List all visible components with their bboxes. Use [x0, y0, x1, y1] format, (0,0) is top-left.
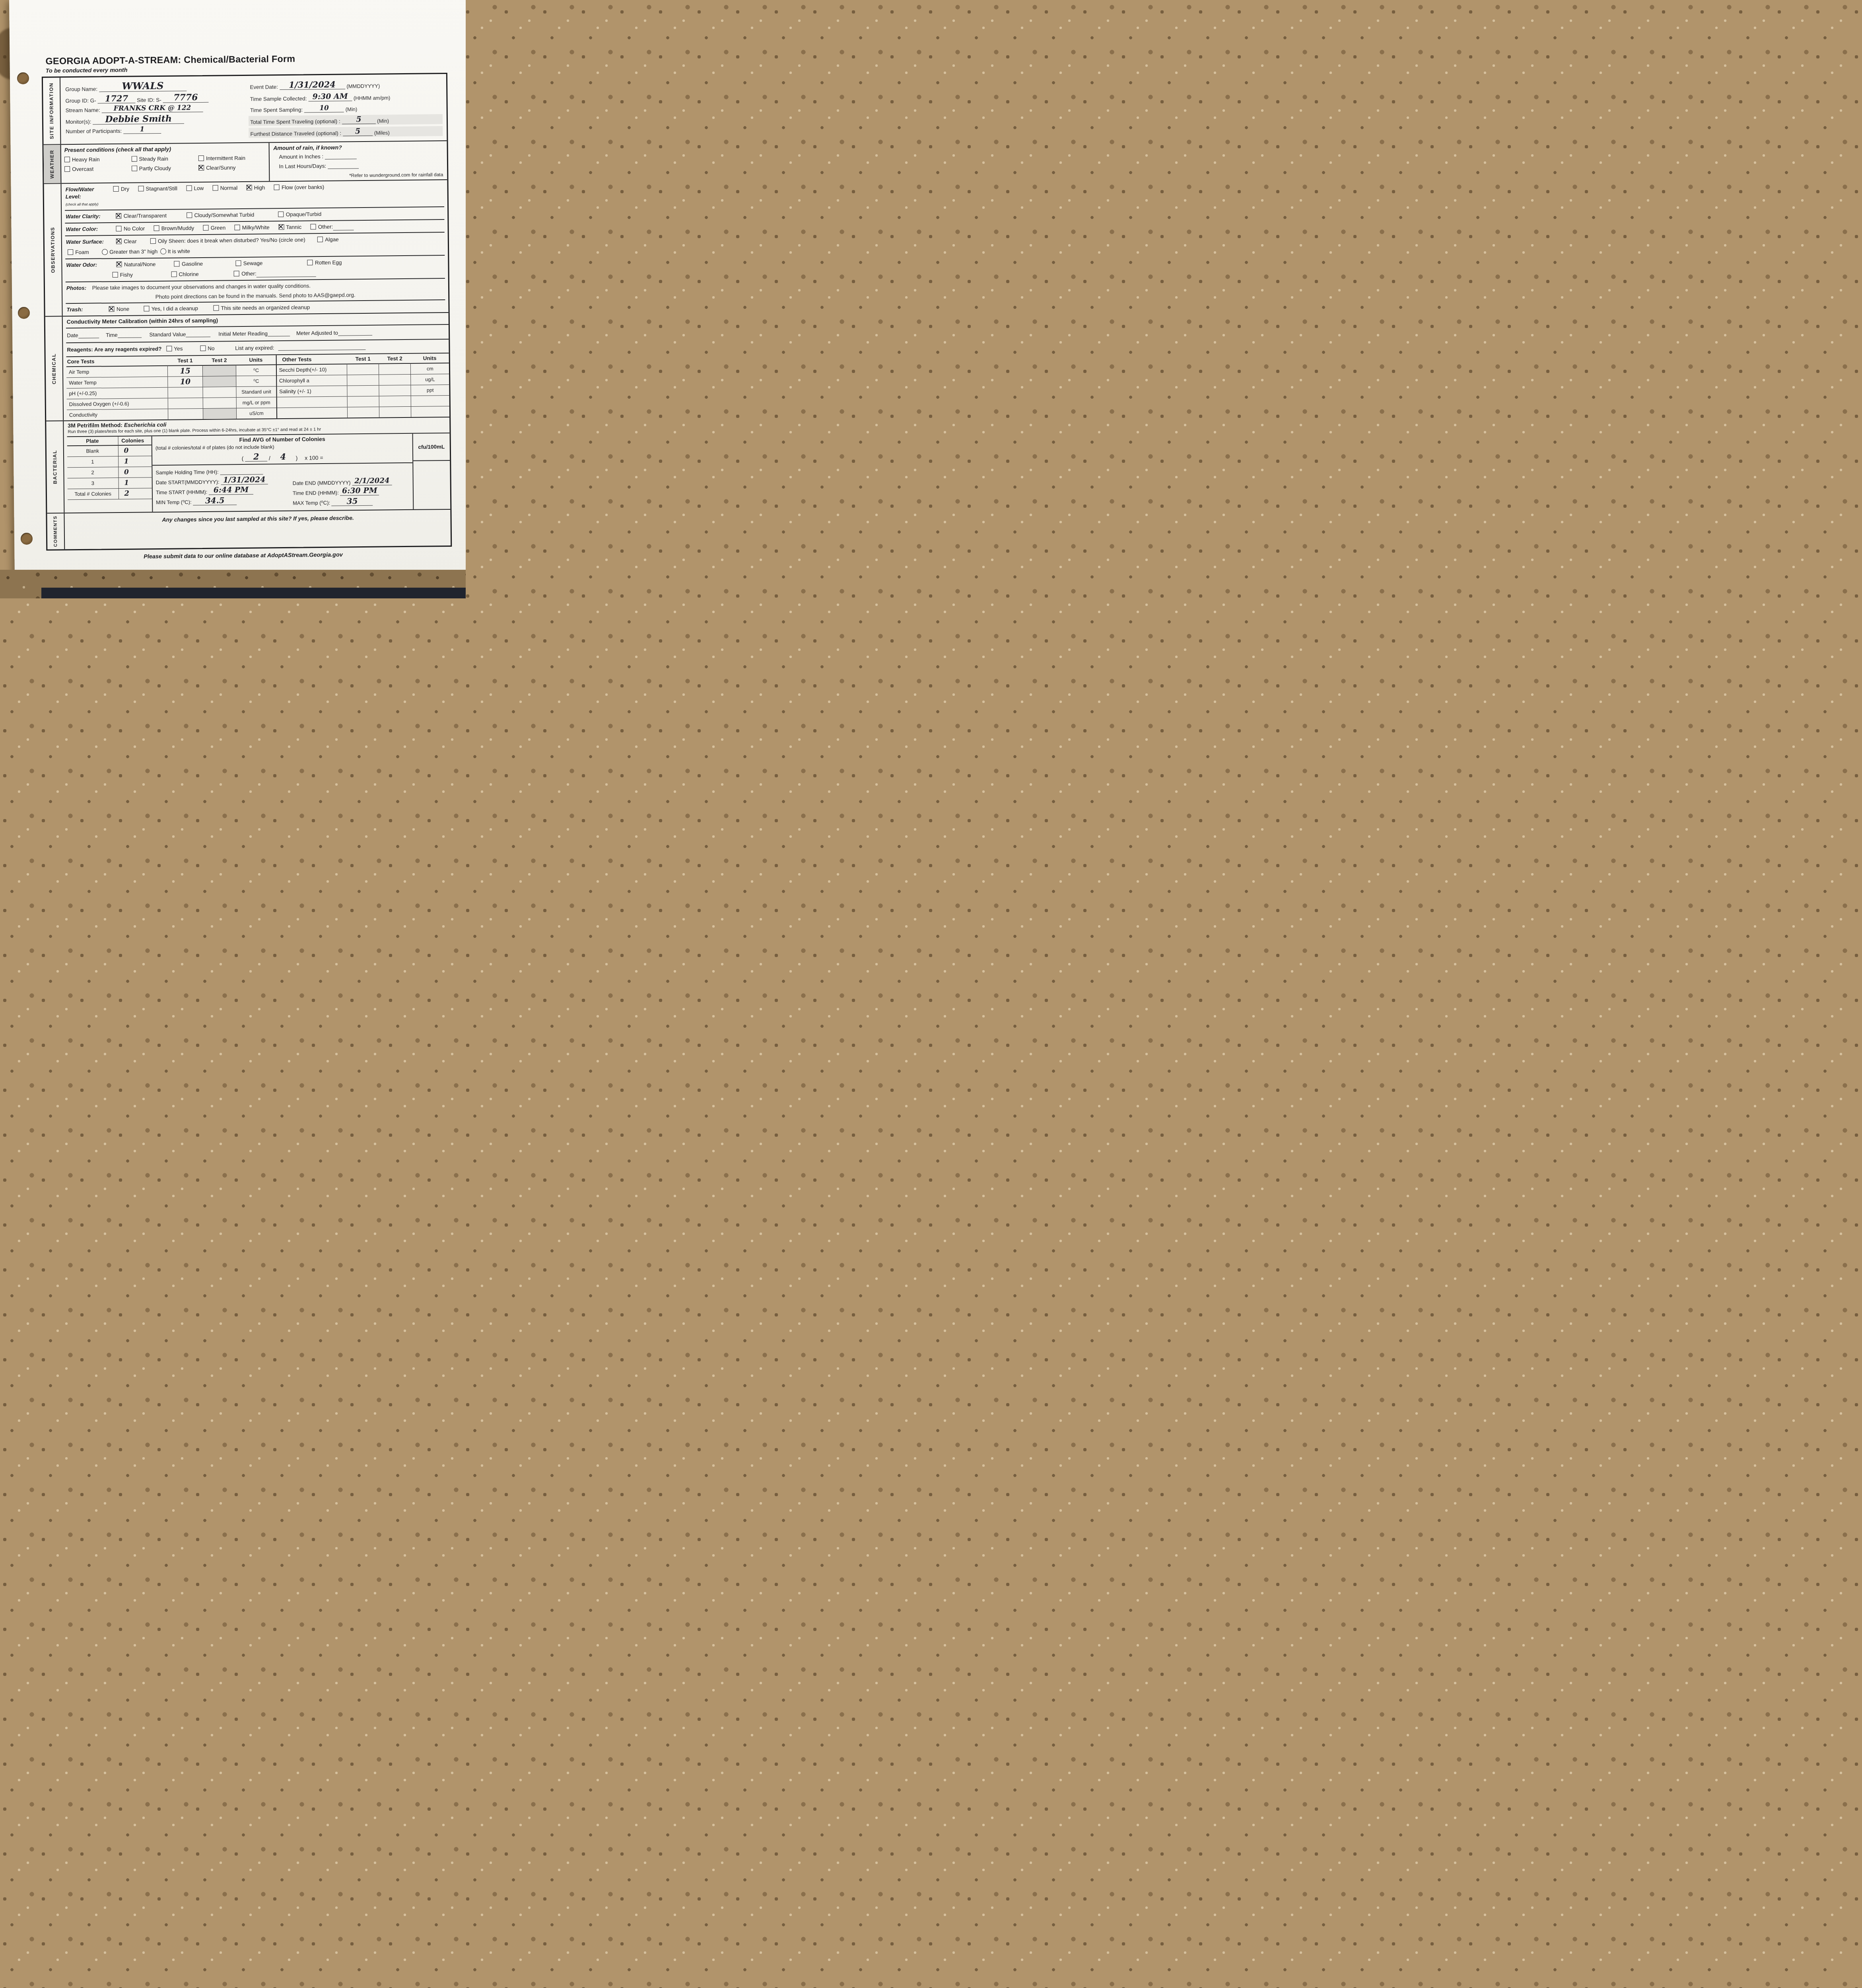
option-fishy[interactable]: Fishy [113, 272, 133, 278]
photos-text2: Photo point directions can be found in t… [66, 291, 444, 301]
milky-white-checkbox[interactable] [235, 225, 240, 230]
group-id-field[interactable]: 1727 [97, 94, 135, 104]
option-surface-clear[interactable]: Clear [116, 239, 136, 245]
time-collected-format: (HHMM am/pm) [354, 95, 391, 101]
holding-time-label: Sample Holding Time (HH): [155, 469, 218, 476]
trash-organized-checkbox[interactable] [213, 305, 219, 311]
time-collected-field[interactable]: 9:30 AM [308, 93, 352, 101]
max-temp-label: MAX Temp (⁰C): [293, 500, 330, 506]
option-flow-over-banks[interactable]: Flow (over banks) [274, 184, 324, 190]
last-hours-row: In Last Hours/Days: [279, 162, 443, 169]
high-checkbox[interactable] [247, 185, 252, 190]
ph-test2[interactable] [203, 386, 236, 398]
time-traveling-label: Total Time Spent Traveling (optional) : [250, 118, 340, 125]
option-sewage[interactable]: Sewage [236, 260, 263, 266]
plate1-colonies[interactable]: 1 [118, 456, 152, 467]
group-name-row: Group Name: WWALS [65, 80, 248, 92]
foam-white-option[interactable]: It is white [160, 248, 190, 254]
flow-water-level-row: Flow/Water Level: (check all that apply)… [64, 180, 444, 210]
section-observations: OBSERVATIONS Flow/Water Level: (check al… [44, 179, 448, 316]
date-end-field[interactable]: 2/1/2024 [352, 477, 392, 485]
event-date-field[interactable]: 1/31/2024 [280, 80, 345, 90]
reagents-yes-checkbox[interactable] [166, 346, 172, 351]
option-stagnant[interactable]: Stagnant/Still [138, 186, 177, 192]
option-clear-sunny[interactable]: Clear/Sunny [198, 165, 259, 171]
plate3-colonies[interactable]: 1 [119, 477, 152, 488]
photos-label: Photos: [66, 285, 86, 291]
wunderground-note: *Refer to wunderground.com for rainfall … [274, 172, 443, 179]
amount-inches-field[interactable] [325, 154, 357, 159]
core-header: Core Tests [66, 356, 168, 367]
air-temp-test1[interactable]: 15 [168, 365, 203, 377]
stream-name-label: Stream Name: [66, 107, 100, 113]
gasoline-checkbox[interactable] [174, 261, 180, 266]
participants-field[interactable]: 1 [123, 126, 161, 134]
surface-label: Water Surface: [66, 239, 111, 245]
avg-colonies-box: Find AVG of Number of Colonies (total # … [152, 434, 413, 466]
rain-amount-title: Amount of rain, if known? [273, 143, 443, 151]
comments-write-area[interactable] [70, 520, 447, 547]
section-weather: WEATHER Present conditions (check all th… [44, 140, 447, 183]
color-other-field[interactable] [333, 225, 354, 230]
salinity-test1[interactable] [347, 385, 379, 396]
min-temp-label: MIN Temp (⁰C): [156, 499, 192, 505]
option-odor-other[interactable]: Other: [234, 270, 316, 277]
flow-label: Flow/Water Level: [66, 186, 94, 200]
time-traveling-field[interactable]: 5 [342, 116, 375, 124]
normal-checkbox[interactable] [213, 185, 218, 191]
option-trash-none[interactable]: None [109, 306, 129, 312]
event-date-format: (MMDDYYYY) [346, 83, 380, 89]
option-cloudy-turbid[interactable]: Cloudy/Somewhat Turbid [187, 212, 254, 219]
chemical-side-label: CHEMICAL [45, 316, 64, 420]
option-dry[interactable]: Dry [113, 186, 129, 192]
fishy-checkbox[interactable] [113, 272, 118, 278]
option-tannic[interactable]: Tannic [278, 224, 301, 231]
footer-note: Please submit data to our online databas… [31, 551, 455, 561]
countertop-shadow-bar [41, 588, 466, 598]
section-chemical: CHEMICAL Conductivity Meter Calibration … [45, 312, 449, 421]
site-id-label: Site ID: S- [137, 97, 161, 103]
option-trash-organized[interactable]: This site needs an organized cleanup [213, 304, 310, 311]
time-sampling-field[interactable]: 10 [304, 105, 344, 113]
bacterial-side-label: BACTERIAL [46, 421, 64, 513]
flow-sublabel: (check all that apply) [66, 202, 99, 206]
option-algae[interactable]: Algae [317, 237, 339, 243]
table-row: Conductivity uS/cm [67, 408, 276, 420]
steady-rain-checkbox[interactable] [131, 156, 137, 161]
calib-date-field[interactable] [78, 333, 99, 338]
date-start-field[interactable]: 1/31/2024 [221, 476, 268, 485]
weather-side-label: WEATHER [44, 145, 62, 183]
trash-label: Trash: [66, 306, 103, 313]
sewage-checkbox[interactable] [236, 260, 241, 266]
last-hours-field[interactable] [328, 163, 359, 169]
calib-standard-label: Standard Value [149, 331, 186, 338]
trash-cleanup-checkbox[interactable] [144, 306, 150, 311]
option-partly-cloudy[interactable]: Partly Cloudy [132, 165, 192, 171]
holding-time-row: Sample Holding Time (HH): [155, 468, 290, 476]
chlorophyll-test1[interactable] [347, 375, 379, 386]
plate2-colonies[interactable]: 0 [118, 466, 152, 478]
option-trash-cleanup[interactable]: Yes, I did a cleanup [144, 305, 198, 312]
conductivity-test1[interactable] [168, 408, 203, 419]
clear-sunny-checkbox[interactable] [198, 165, 204, 171]
water-temp-test1[interactable]: 10 [168, 376, 203, 387]
option-natural-none[interactable]: Natural/None [117, 261, 156, 268]
min-temp-row: MIN Temp (⁰C): 34.5 [156, 496, 290, 506]
odor-other-field[interactable] [257, 272, 316, 277]
rotten-egg-checkbox[interactable] [307, 260, 313, 265]
distance-traveled-field[interactable]: 5 [343, 128, 373, 136]
core-tests-table: Core Tests Test 1 Test 2 Units Air Temp … [66, 355, 276, 420]
hole-punch [18, 307, 30, 319]
distance-traveled-label: Furthest Distance Traveled (optional) : [250, 130, 341, 137]
section-bacterial: BACTERIAL 3M Petrifilm Method: Escherich… [46, 417, 450, 513]
monitors-field[interactable]: Debbie Smith [93, 114, 184, 124]
stream-name-row: Stream Name: FRANKS CRK @ 122 [66, 104, 249, 113]
site-information-side-label: SITE INFORMATION [43, 78, 61, 144]
secchi-test2[interactable] [379, 363, 411, 375]
time-end-row: Time END (HHMM): 6:30 PM [293, 487, 410, 496]
cloudy-turbid-checkbox[interactable] [187, 212, 192, 218]
foam-checkbox[interactable] [68, 249, 73, 255]
avg-denominator-field[interactable]: 4 [272, 452, 294, 462]
water-temp-test2 [203, 376, 236, 387]
option-brown-muddy[interactable]: Brown/Muddy [154, 225, 194, 231]
table-row: Chlorophyll a ug/L [277, 374, 449, 386]
option-chlorine[interactable]: Chlorine [171, 271, 198, 278]
event-date-label: Event Date: [250, 84, 278, 90]
scanned-form-paper: GEORGIA ADOPT-A-STREAM: Chemical/Bacteri… [9, 0, 466, 582]
oily-sheen-checkbox[interactable] [150, 238, 156, 244]
option-rotten-egg[interactable]: Rotten Egg [307, 260, 342, 266]
time-start-field[interactable]: 6:44 PM [209, 486, 253, 495]
stagnant-checkbox[interactable] [138, 186, 144, 191]
option-high[interactable]: High [247, 184, 265, 190]
trash-none-checkbox[interactable] [109, 306, 115, 312]
tannic-checkbox[interactable] [278, 224, 284, 230]
natural-none-checkbox[interactable] [117, 262, 122, 267]
hole-punch [21, 533, 33, 545]
photos-text1: Please take images to document your obse… [92, 283, 311, 291]
option-heavy-rain[interactable]: Heavy Rain [64, 156, 124, 163]
reagents-yes-label: Yes [174, 346, 183, 351]
foam-height-radio[interactable] [102, 249, 108, 255]
form-body: SITE INFORMATION Group Name: WWALS Group… [42, 73, 452, 551]
table-row: Total # Colonies 2 [68, 488, 152, 499]
blank-colonies[interactable]: 0 [118, 445, 152, 456]
cfu-label: cfu/100mL [413, 433, 450, 461]
avg-numerator-field[interactable]: 2 [245, 452, 267, 462]
overcast-checkbox[interactable] [64, 166, 70, 172]
low-checkbox[interactable] [186, 185, 192, 191]
event-date-row: Event Date: 1/31/2024 (MMDDYYYY) [248, 78, 442, 91]
avg-title: Find AVG of Number of Colonies [155, 435, 409, 444]
date-end-row: Date END (MMDDYYYY) 2/1/2024 [293, 477, 410, 486]
cfu-result-cell[interactable] [413, 461, 450, 509]
partly-cloudy-checkbox[interactable] [132, 165, 137, 171]
comments-side-label: COMMENTS [47, 513, 65, 549]
odor-label: Water Odor: [66, 262, 111, 268]
odor-other-checkbox[interactable] [234, 271, 239, 276]
clarity-label: Water Clarity: [66, 213, 110, 219]
foam-white-radio[interactable] [160, 248, 166, 254]
calib-initial-field[interactable] [268, 331, 290, 337]
option-milky-white[interactable]: Milky/White [235, 224, 270, 231]
date-start-row: Date START(MMDDYYYY): 1/31/2024 [156, 476, 290, 485]
table-row [277, 395, 449, 408]
do-test1[interactable] [168, 398, 203, 409]
group-name-label: Group Name: [65, 86, 97, 92]
other-tests-table: Other Tests Test 1 Test 2 Units Secchi D… [276, 353, 449, 418]
group-name-field[interactable]: WWALS [99, 81, 187, 92]
time-sampling-row: Time Spent Sampling: 10 (Min) [249, 103, 443, 114]
distance-traveled-row: Furthest Distance Traveled (optional) : … [249, 126, 443, 138]
option-oily-sheen[interactable]: Oily Sheen: does it break when disturbed… [150, 237, 305, 244]
do-test2[interactable] [203, 397, 236, 408]
calib-time-label: Time [106, 332, 118, 338]
flow-over-banks-checkbox[interactable] [274, 184, 280, 190]
option-overcast[interactable]: Overcast [64, 166, 124, 172]
photos-row: Photos: Please take images to document y… [66, 278, 445, 303]
participants-label: Number of Participants: [66, 128, 122, 134]
dry-checkbox[interactable] [113, 186, 119, 192]
conductivity-test2 [203, 408, 237, 419]
holding-time-field[interactable] [220, 469, 263, 475]
option-intermittent-rain[interactable]: Intermittent Rain [198, 155, 259, 161]
max-temp-field[interactable]: 35 [332, 497, 373, 506]
clear-transparent-checkbox[interactable] [116, 213, 122, 219]
amount-inches-row: Amount in Inches : [279, 152, 443, 160]
calib-standard-field[interactable] [186, 332, 210, 338]
table-row: 1 1 [67, 456, 152, 467]
water-surface-row: Water Surface: Clear Oily Sheen: does it… [65, 232, 445, 258]
time-end-label: Time END (HHMM): [293, 490, 339, 496]
calib-date-label: Date [67, 332, 78, 338]
color-other-checkbox[interactable] [311, 224, 316, 229]
max-temp-row: MAX Temp (⁰C): 35 [293, 497, 410, 507]
chlorine-checkbox[interactable] [171, 272, 177, 277]
table-row: 3 1 [68, 477, 152, 489]
option-green[interactable]: Green [203, 225, 226, 231]
group-id-label: Group ID: G- [65, 97, 96, 104]
monitors-row: Monitor(s): Debbie Smith [66, 114, 249, 125]
table-row [277, 406, 450, 418]
reagents-no-label: No [208, 346, 214, 351]
option-gasoline[interactable]: Gasoline [174, 261, 203, 267]
table-row: Secchi Depth(+/- 10) cm [277, 363, 449, 375]
stream-name-field[interactable]: FRANKS CRK @ 122 [101, 105, 203, 113]
date-end-label: Date END (MMDDYYYY) [293, 480, 351, 486]
intermittent-rain-checkbox[interactable] [198, 155, 204, 161]
species-name: Escherichia coli [124, 421, 167, 428]
observations-side-label: OBSERVATIONS [44, 184, 62, 316]
plate-colonies-table: Plate Colonies Blank 0 1 1 [67, 436, 152, 500]
table-row: Salinity (+/- 1) ppt [277, 384, 449, 397]
option-clear-transparent[interactable]: Clear/Transparent [116, 213, 167, 219]
present-conditions-title: Present conditions (check all that apply… [64, 145, 266, 153]
opaque-turbid-checkbox[interactable] [278, 212, 284, 217]
option-color-other[interactable]: Other: [311, 223, 354, 230]
secchi-test1[interactable] [347, 364, 379, 375]
time-sampling-label: Time Spent Sampling: [250, 107, 303, 113]
hole-punch [17, 72, 29, 84]
list-expired-label: List any expired: [235, 345, 274, 351]
section-comments: COMMENTS Any changes since you last samp… [47, 509, 451, 549]
avg-formula: ( 2 / 4 ) x 100 = [155, 451, 409, 462]
reagents-no-checkbox[interactable] [200, 346, 206, 351]
green-checkbox[interactable] [203, 225, 209, 231]
calib-time-field[interactable] [118, 332, 142, 338]
calib-initial-label: Initial Meter Reading [218, 330, 268, 337]
time-start-row: Time START (HHMM): 6:44 PM [156, 486, 290, 495]
reagents-label: Reagents: Are any reagents expired? [67, 346, 161, 353]
participants-row: Number of Participants: 1 [66, 125, 249, 134]
monitors-label: Monitor(s): [66, 119, 91, 125]
time-traveling-row: Total Time Spent Traveling (optional) : … [249, 114, 443, 126]
heavy-rain-checkbox[interactable] [64, 157, 70, 162]
min-temp-field[interactable]: 34.5 [193, 496, 237, 505]
foam-height-option[interactable]: Greater than 3" high [102, 248, 157, 255]
table-row: 2 0 [67, 466, 152, 478]
option-no-color[interactable]: No Color [116, 225, 145, 232]
time-sampling-format: (Min) [346, 106, 358, 112]
table-row: Blank 0 [67, 445, 152, 456]
no-color-checkbox[interactable] [116, 226, 122, 231]
time-collected-row: Time Sample Collected: 9:30 AM (HHMM am/… [248, 91, 442, 103]
option-opaque-turbid[interactable]: Opaque/Turbid [278, 211, 322, 217]
option-low[interactable]: Low [186, 185, 204, 191]
last-hours-label: In Last Hours/Days: [279, 163, 327, 169]
surface-clear-checkbox[interactable] [116, 239, 122, 244]
other-header: Other Tests [276, 354, 347, 365]
time-end-field[interactable]: 6:30 PM [340, 487, 379, 496]
water-odor-row: Water Odor: Natural/None Gasoline Sewage… [65, 255, 445, 282]
amount-inches-label: Amount in Inches : [279, 153, 323, 160]
chlorophyll-test2[interactable] [379, 374, 411, 385]
brown-muddy-checkbox[interactable] [154, 225, 159, 231]
calib-adjusted-label: Meter Adjusted to [296, 330, 338, 336]
algae-checkbox[interactable] [317, 237, 323, 242]
option-normal[interactable]: Normal [213, 185, 238, 191]
option-foam[interactable]: Foam [68, 249, 89, 256]
air-temp-test2 [203, 365, 236, 376]
section-site-information: SITE INFORMATION Group Name: WWALS Group… [43, 74, 447, 144]
calib-adjusted-field[interactable] [338, 330, 372, 336]
time-traveling-format: (Min) [377, 118, 389, 124]
salinity-test2[interactable] [379, 385, 411, 396]
color-label: Water Color: [66, 226, 110, 232]
ph-test1[interactable] [168, 387, 203, 398]
avg-note: (total # colonies/total # of plates (do … [155, 443, 409, 451]
list-expired-field[interactable] [278, 345, 365, 351]
option-steady-rain[interactable]: Steady Rain [131, 155, 191, 162]
distance-traveled-format: (Miles) [374, 130, 390, 136]
group-id-row: Group ID: G- 1727 Site ID: S- 7776 [65, 93, 248, 104]
time-start-label: Time START (HHMM): [156, 489, 208, 495]
time-collected-label: Time Sample Collected: [250, 95, 307, 102]
date-start-label: Date START(MMDDYYYY): [156, 479, 220, 486]
site-id-field[interactable]: 7776 [163, 93, 208, 103]
total-colonies[interactable]: 2 [119, 488, 152, 499]
